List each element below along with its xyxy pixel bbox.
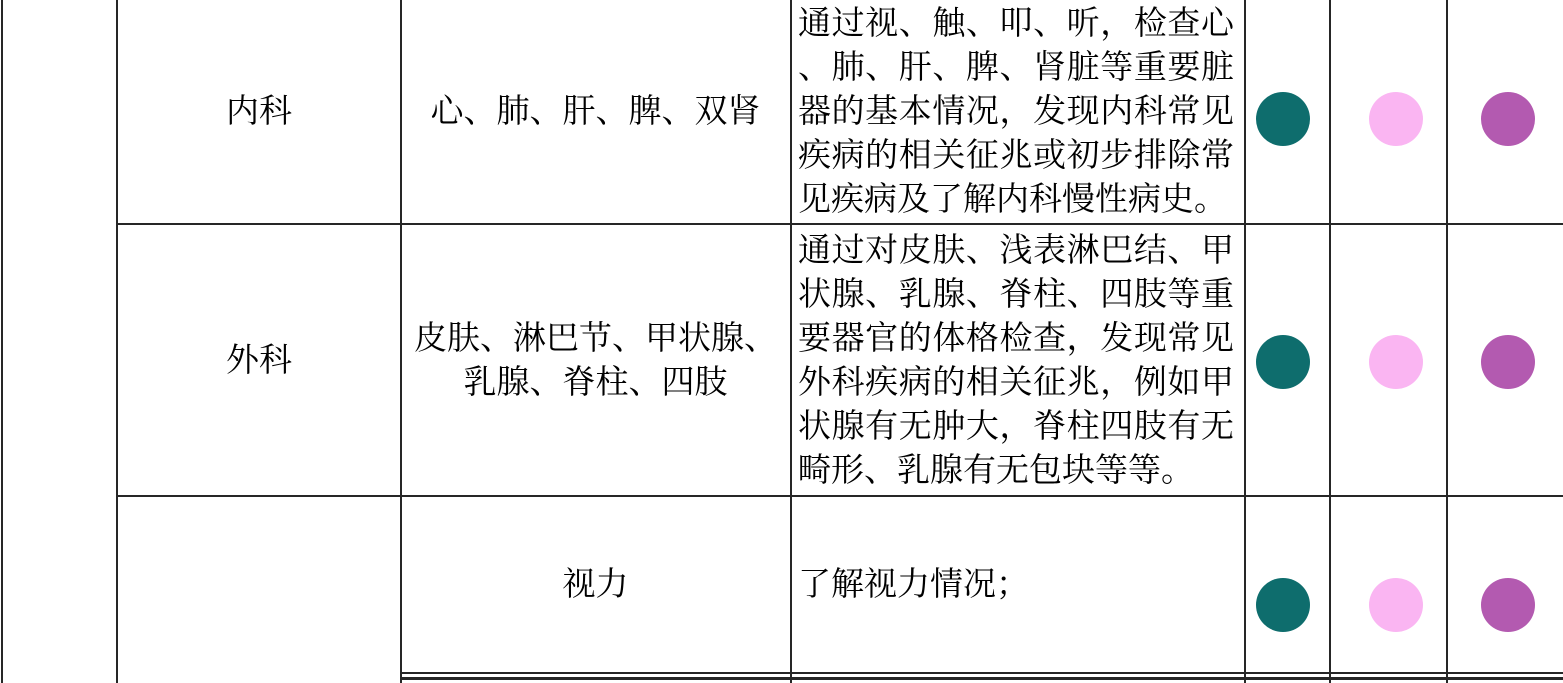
description-cell-surgery: 通过对皮肤、浅表淋巴结、甲 状腺、乳腺、脊柱、四肢等重 要器官的体格检查，发现常… xyxy=(792,225,1242,494)
description-line: 疾病的相关征兆或初步排除常 xyxy=(798,133,1234,177)
category-label-internal-medicine: 内科 xyxy=(226,89,292,133)
description-line: 器的基本情况，发现内科常见 xyxy=(798,89,1234,133)
row-divider-3-upper xyxy=(400,672,1563,674)
description-cell-internal-medicine: 通过视、触、叩、听，检查心 、肺、肝、脾、肾脏等重要脏 器的基本情况，发现内科常… xyxy=(792,0,1242,222)
included-dot-vision-package2 xyxy=(1369,578,1423,632)
items-cell-vision: 视力 xyxy=(402,497,789,671)
category-cell-internal-medicine: 内科 xyxy=(118,0,400,222)
description-line: 外科疾病的相关征兆，例如甲 xyxy=(798,360,1234,404)
items-cell-surgery: 皮肤、淋巴节、甲状腺、 乳腺、脊柱、四肢 xyxy=(402,225,789,494)
items-cell-internal-medicine: 心、肺、肝、脾、双肾 xyxy=(402,0,789,222)
included-dot-surgery-package3 xyxy=(1481,335,1535,389)
included-dot-surgery-package2 xyxy=(1369,335,1423,389)
column-divider-package2 xyxy=(1329,0,1331,683)
description-line: 状腺、乳腺、脊柱、四肢等重 xyxy=(798,272,1234,316)
items-label-internal-medicine: 心、肺、肝、脾、双肾 xyxy=(431,89,761,133)
included-dot-vision-package3 xyxy=(1481,578,1535,632)
included-dot-internal-package1 xyxy=(1256,92,1310,146)
items-label-surgery-line1: 皮肤、淋巴节、甲状腺、 xyxy=(414,316,777,360)
checkup-table: 内科 外科 心、肺、肝、脾、双肾 皮肤、淋巴节、甲状腺、 乳腺、脊柱、四肢 视力… xyxy=(0,0,1563,683)
description-line: 通过对皮肤、浅表淋巴结、甲 xyxy=(798,228,1234,272)
description-line: 要器官的体格检查，发现常见 xyxy=(798,316,1234,360)
description-line: 见疾病及了解内科慢性病史。 xyxy=(798,177,1234,221)
description-line: 畸形、乳腺有无包块等等。 xyxy=(798,448,1234,492)
description-line: 状腺有无肿大，脊柱四肢有无 xyxy=(798,404,1234,448)
category-label-surgery: 外科 xyxy=(226,338,292,382)
description-line: 通过视、触、叩、听，检查心 xyxy=(798,1,1234,45)
included-dot-vision-package1 xyxy=(1256,578,1310,632)
included-dot-internal-package3 xyxy=(1481,92,1535,146)
items-label-vision: 视力 xyxy=(563,562,629,606)
description-cell-vision: 了解视力情况； xyxy=(792,497,1242,671)
category-cell-merged-empty xyxy=(118,497,400,683)
row-divider-3-lower xyxy=(400,677,1563,680)
included-dot-internal-package2 xyxy=(1369,92,1423,146)
left-merged-cell-empty xyxy=(3,0,116,683)
column-divider-package1 xyxy=(1244,0,1246,683)
category-cell-surgery: 外科 xyxy=(118,225,400,494)
column-divider-package3 xyxy=(1446,0,1448,683)
items-label-surgery-line2: 乳腺、脊柱、四肢 xyxy=(464,360,728,404)
description-line: 了解视力情况； xyxy=(792,562,1029,606)
description-line: 、肺、肝、脾、肾脏等重要脏 xyxy=(798,45,1234,89)
included-dot-surgery-package1 xyxy=(1256,335,1310,389)
